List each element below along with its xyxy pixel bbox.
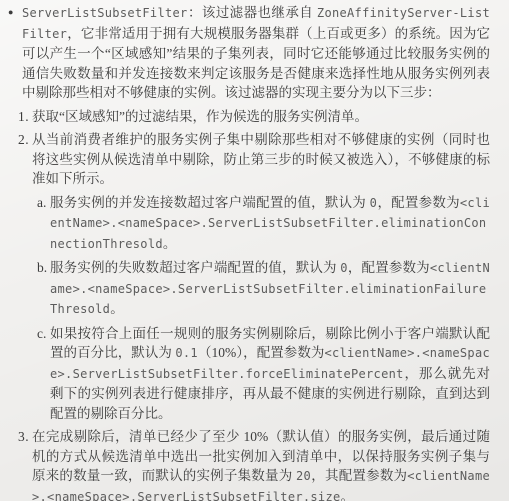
text-run: （10%），配置参数为	[198, 345, 325, 360]
substep-text: 服务实例的失败数超过客户端配置的值，默认为 0，配置参数为<clientName…	[50, 258, 490, 320]
bullet-icon: ●	[8, 3, 22, 23]
step-text: 从当前消费者维护的服务实例子集中剔除那些相对不够健康的实例（同时也将这些实例从候…	[32, 130, 490, 189]
substep-item-c: c. 如果按符合上面任一规则的服务实例剔除后，剔除比例小于客户端默认配置的百分比…	[37, 324, 490, 424]
text-run: ，配置参数为	[348, 260, 430, 275]
text-run: 。	[110, 301, 124, 316]
substep-item-b: b. 服务实例的失败数超过客户端配置的值，默认为 0，配置参数为<clientN…	[37, 258, 490, 320]
text-run: ：该过滤器也继承自	[188, 5, 317, 20]
text-run: 获取“区域感知”的过滤结果，作为候选的服务实例清单。	[32, 109, 368, 124]
code-run: 0	[340, 261, 348, 275]
step-item-1: 1. 获取“区域感知”的过滤结果，作为候选的服务实例清单。	[18, 107, 490, 127]
bullet-list-item: ● ServerListSubsetFilter：该过滤器也继承自 ZoneAf…	[8, 3, 490, 103]
substep-letter: b.	[37, 258, 50, 278]
text-run: 。	[341, 489, 355, 501]
substep-letter: c.	[37, 324, 50, 344]
substep-text: 服务实例的并发连接数超过客户端配置的值，默认为 0，配置参数为<clientNa…	[50, 193, 490, 255]
substep-item-a: a. 服务实例的并发连接数超过客户端配置的值，默认为 0，配置参数为<clien…	[37, 193, 490, 255]
code-run: ServerListSubsetFilter	[22, 6, 188, 20]
substep-text: 如果按符合上面任一规则的服务实例剔除后，剔除比例小于客户端默认配置的百分比，默认…	[50, 324, 490, 424]
text-run: 。	[163, 236, 177, 251]
text-run: 服务实例的失败数超过客户端配置的值，默认为	[50, 260, 340, 275]
step-text: 获取“区域感知”的过滤结果，作为候选的服务实例清单。	[32, 107, 490, 127]
intro-paragraph: ServerListSubsetFilter：该过滤器也继承自 ZoneAffi…	[22, 3, 490, 103]
text-run: ，配置参数为	[377, 195, 460, 210]
book-page: ● ServerListSubsetFilter：该过滤器也继承自 ZoneAf…	[0, 0, 509, 501]
step-item-3: 3. 在完成剔除后，清单已经少了至少 10%（默认值）的服务实例，最后通过随机的…	[18, 427, 490, 501]
text-run: 从当前消费者维护的服务实例子集中剔除那些相对不够健康的实例（同时也将这些实例从候…	[32, 132, 490, 186]
code-run: 0.1	[175, 346, 198, 360]
text-run: 服务实例的并发连接数超过客户端配置的值，默认为	[50, 195, 370, 210]
step-text: 在完成剔除后，清单已经少了至少 10%（默认值）的服务实例，最后通过随机的方式从…	[32, 427, 490, 501]
text-run: ，其配置参数为	[311, 468, 407, 483]
step-number: 3.	[18, 427, 32, 447]
step-number: 2.	[18, 130, 32, 150]
step-item-2: 2. 从当前消费者维护的服务实例子集中剔除那些相对不够健康的实例（同时也将这些实…	[18, 130, 490, 189]
step-number: 1.	[18, 107, 32, 127]
code-run: 20	[296, 469, 311, 483]
text-run: ，它非常适用于拥有大规模服务器集群（上百或更多）的系统。因为它可以产生一个“区域…	[22, 26, 490, 101]
substep-letter: a.	[37, 193, 50, 213]
